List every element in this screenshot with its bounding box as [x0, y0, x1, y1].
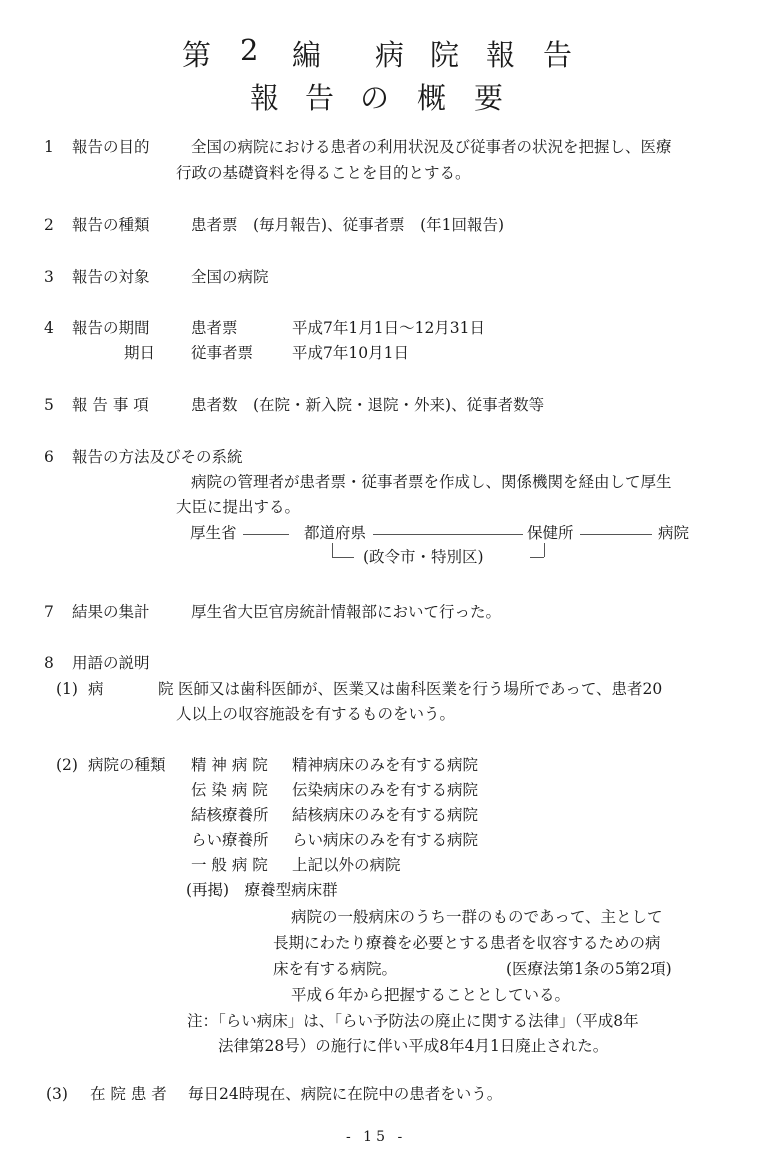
- flow-connector: [580, 534, 652, 535]
- subtitle-char: 告: [305, 76, 334, 117]
- title-char: 告: [543, 33, 572, 74]
- definition-text: 人以上の収容施設を有するものをいう。: [176, 707, 455, 723]
- definition-term: 在 院 患 者: [90, 1087, 167, 1103]
- section-number: 6: [44, 450, 54, 466]
- subtitle-char: 概: [417, 76, 446, 117]
- hospital-type-desc: 上記以外の病院: [292, 858, 401, 874]
- subtitle-char: 報: [250, 76, 279, 117]
- flow-node-hospital: 病院: [658, 526, 689, 542]
- flow-branch-right-h: [530, 557, 544, 558]
- hospital-type-name: 一 般 病 院: [191, 858, 268, 874]
- section-label: 報告の目的: [72, 140, 150, 156]
- page-number: - 15 -: [346, 1130, 406, 1144]
- section-label: 報 告 事 項: [72, 398, 149, 414]
- hospital-type-name: らい療養所: [191, 833, 269, 849]
- definition-term: 病: [88, 682, 104, 698]
- definition-term: 院: [158, 682, 174, 698]
- section-label: 報告の方法及びその系統: [72, 450, 243, 466]
- section-label: 報告の種類: [72, 218, 150, 234]
- definition-number: (3): [46, 1087, 68, 1103]
- section-label: 結果の集計: [72, 605, 150, 621]
- flow-branch-left-h: [332, 557, 354, 558]
- flow-connector: [373, 534, 523, 535]
- hospital-type-name: 結核療養所: [191, 808, 269, 824]
- note-text: 注：「らい病床」は、「らい予防法の廃止に関する法律」（平成8年: [187, 1014, 639, 1030]
- section-number: 7: [44, 605, 54, 621]
- sub-reference: (医療法第1条の5第2項): [506, 962, 672, 978]
- hospital-type-desc: 結核病床のみを有する病院: [292, 808, 478, 824]
- flow-branch-left: [332, 543, 333, 557]
- title-char: 2: [240, 33, 258, 67]
- title-char: 報: [486, 33, 515, 74]
- section-text: 患者票 (毎月報告)、従事者票 (年1回報告): [191, 218, 504, 234]
- hospital-type-desc: 精神病床のみを有する病院: [292, 758, 478, 774]
- flow-node-mhw: 厚生省: [190, 526, 237, 542]
- section-number: 4: [44, 321, 54, 337]
- form-date: 平成7年10月1日: [292, 346, 409, 362]
- section-number: 2: [44, 218, 54, 234]
- definition-text: 毎日24時現在、病院に在院中の患者をいう。: [188, 1087, 502, 1103]
- sub-heading: (再掲) 療養型病床群: [186, 883, 338, 899]
- section-text: 厚生省大臣官房統計情報部において行った。: [191, 605, 501, 621]
- sub-text: 病院の一般病床のうち一群のものであって、主として: [291, 910, 663, 926]
- definition-term: 病院の種類: [88, 758, 166, 774]
- definition-number: (2): [56, 758, 78, 774]
- form-date: 平成7年1月1日～12月31日: [292, 321, 485, 337]
- flow-branch-right: [544, 543, 545, 557]
- section-text: 行政の基礎資料を得ることを目的とする。: [176, 166, 471, 182]
- flow-node-prefecture: 都道府県: [304, 526, 366, 542]
- sub-text: 長期にわたり療養を必要とする患者を収容するための病: [273, 936, 661, 952]
- section-text: 全国の病院: [191, 270, 269, 286]
- section-text: 病院の管理者が患者票・従事者票を作成し、関係機関を経由して厚生: [191, 475, 672, 491]
- sub-text: 平成６年から把握することとしている。: [291, 988, 570, 1004]
- form-name: 患者票: [191, 321, 238, 337]
- title-char: 院: [430, 33, 459, 74]
- flow-branch-label: (政令市・特別区): [363, 550, 484, 566]
- section-text: 全国の病院における患者の利用状況及び従事者の状況を把握し、医療: [191, 140, 672, 156]
- hospital-type-desc: 伝染病床のみを有する病院: [292, 783, 478, 799]
- definition-number: (1): [56, 682, 78, 698]
- section-number: 8: [44, 656, 54, 672]
- hospital-type-name: 伝 染 病 院: [191, 783, 268, 799]
- title-char: 編: [292, 33, 321, 74]
- flow-connector: [243, 534, 289, 535]
- section-number: 3: [44, 270, 54, 286]
- definition-text: 医師又は歯科医師が、医業又は歯科医業を行う場所であって、患者20: [178, 682, 662, 698]
- section-text: 大臣に提出する。: [176, 500, 300, 516]
- title-char: 病: [375, 33, 404, 74]
- section-label: 報告の対象: [72, 270, 150, 286]
- hospital-type-name: 精 神 病 院: [191, 758, 268, 774]
- section-number: 5: [44, 398, 54, 414]
- section-label: 報告の期間: [72, 321, 150, 337]
- sub-text: 床を有する病院。: [273, 962, 397, 978]
- subtitle-char: 要: [474, 76, 503, 117]
- hospital-type-desc: らい病床のみを有する病院: [292, 833, 478, 849]
- form-name: 従事者票: [191, 346, 253, 362]
- section-number: 1: [44, 140, 54, 156]
- note-text: 法律第28号）の施行に伴い平成8年4月1日廃止された。: [218, 1039, 608, 1055]
- section-text: 患者数 (在院・新入院・退院・外来)、従事者数等: [191, 398, 544, 414]
- title-char: 第: [182, 33, 211, 74]
- section-label-2: 期日: [124, 346, 155, 362]
- section-label: 用語の説明: [72, 656, 150, 672]
- subtitle-char: の: [360, 76, 389, 117]
- flow-node-health-center: 保健所: [527, 526, 574, 542]
